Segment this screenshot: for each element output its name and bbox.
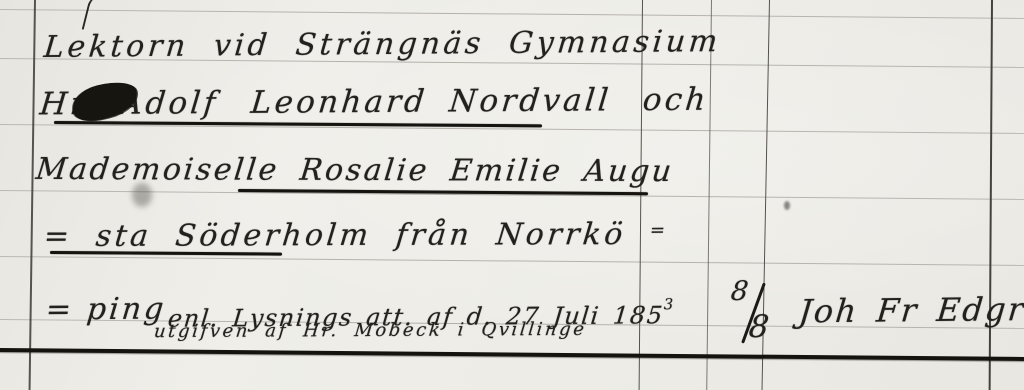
continuation-mark: = xyxy=(42,219,74,254)
entry-line-occupation: Lektorn vid Strängnäs Gymnasium xyxy=(44,24,721,65)
signature-text: Joh Fr Edgren xyxy=(797,290,1024,331)
occupation-text: Lektorn vid Strängnäs Gymnasium xyxy=(42,24,722,65)
scanned-register-page: Lektorn vid Strängnäs Gymnasium Hr Adolf… xyxy=(0,0,1024,390)
entry-line-origin-continued: = ping xyxy=(46,292,166,328)
origin-text: från Norrkö xyxy=(394,217,627,253)
hyphen-mark: = xyxy=(649,220,670,241)
row-divider-ink-line xyxy=(0,348,1024,361)
bride-surname: sta Söderholm xyxy=(95,218,374,254)
entry-line-groom: Hr Adolf Leonhard Nordvall och xyxy=(40,82,709,123)
underline-bride-surname xyxy=(50,251,282,256)
entry-line-bride: Mademoiselle Rosalie Emilie Augu xyxy=(36,152,674,189)
conjunction-och: och xyxy=(641,82,710,118)
entry-line-surname-origin: = sta Söderholm från Norrkö = xyxy=(44,217,668,254)
marriage-date-denominator: 8 xyxy=(749,309,769,345)
column-rule-right xyxy=(989,0,993,390)
bride-title: Mademoiselle xyxy=(34,152,281,188)
certificate-issuer-note: utgifven af Hr. Mobeck i Qvillinge xyxy=(154,319,587,342)
bride-names: Rosalie Emilie Augu xyxy=(298,153,676,189)
stray-ink-tick xyxy=(784,201,790,210)
ruled-line-5 xyxy=(0,256,1024,266)
groom-name: Leonhard Nordvall xyxy=(249,82,613,121)
marriage-date-numerator: 8 xyxy=(731,276,748,307)
issuer-note-text: utgifven af Hr. Mobeck i Qvillinge xyxy=(153,319,588,342)
continuation-mark-2: = xyxy=(44,292,76,327)
ruled-line-1 xyxy=(0,9,1024,19)
banns-year-superscript: 3 xyxy=(664,295,674,313)
officiant-signature: Joh Fr Edgren xyxy=(799,290,1024,331)
